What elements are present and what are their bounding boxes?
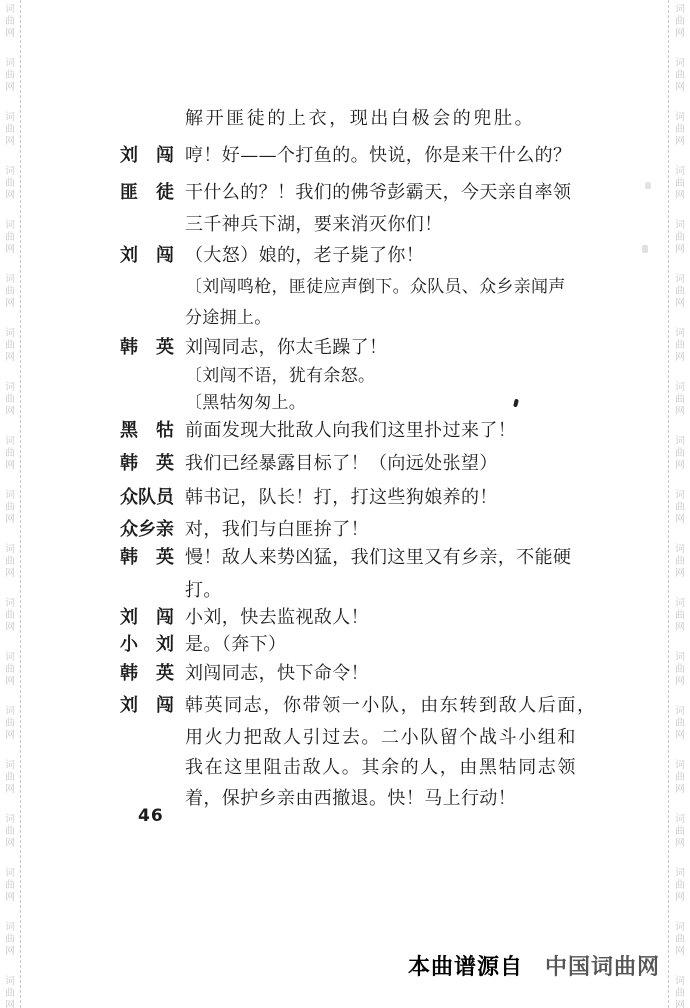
dialogue-text: 用火力把敌人引过去。二小队留个战斗小组和 [185,723,656,749]
script-line: 分途拥上。 [120,303,656,328]
speaker-name: 黑 牯 [120,416,182,442]
watermark-group: 词曲网 [2,166,18,202]
watermark-group: 词曲网 [672,328,688,364]
script-line: 黑 牯 前面发现大批敌人向我们这里扑过来了！ [120,416,656,442]
speaker-name: 匪 徒 [120,178,182,204]
speaker-name: 小 刘 [120,630,182,656]
dialogue-text: 打。 [185,576,656,602]
watermark-group: 词曲网 [672,166,688,202]
watermark-group: 词曲网 [672,598,688,634]
watermark-group: 词曲网 [672,490,688,526]
watermark-group: 词曲网 [2,382,18,418]
ink-speck [642,245,648,253]
watermark-group: 词曲网 [672,220,688,256]
stage-direction-text: 〔刘闯鸣枪，匪徒应声倒下。众队员、众乡亲闻声 [185,272,656,297]
watermark-group: 词曲网 [672,58,688,94]
watermark-group: 词曲网 [2,976,18,1008]
source-credit-brand: 中国词曲网 [545,955,660,980]
page-border-left-dashed [20,0,21,1008]
script-line: 匪 徒 干什么的？！我们的佛爷彭霸天，今天亲自率领 [120,178,656,204]
watermark-group: 词曲网 [672,4,688,40]
dialogue-text: 前面发现大批敌人向我们这里扑过来了！ [185,416,656,442]
dialogue-text: （大怒）娘的，老子毙了你！ [185,241,656,267]
dialogue-text: 干什么的？！我们的佛爷彭霸天，今天亲自率领 [185,178,656,204]
dialogue-text: 我在这里阻击敌人。其余的人，由黑牯同志领 [185,753,656,779]
dialogue-text: 韩英同志，你带领一小队，由东转到敌人后面， [185,691,656,717]
watermark-group: 词曲网 [672,760,688,796]
watermark-group: 词曲网 [2,274,18,310]
watermark-column-right: 词曲网词曲网词曲网词曲网词曲网词曲网词曲网词曲网词曲网词曲网词曲网词曲网词曲网词… [672,4,688,1008]
script-line: 刘 闯 韩英同志，你带领一小队，由东转到敌人后面， [120,691,656,717]
script-line: 〔黑牯匆匆上。 [120,388,656,413]
watermark-group: 词曲网 [2,652,18,688]
watermark-group: 词曲网 [2,436,18,472]
watermark-group: 词曲网 [672,868,688,904]
script-line: 众乡亲 对，我们与白匪拚了！ [120,515,656,541]
watermark-group: 词曲网 [2,922,18,958]
watermark-group: 词曲网 [2,814,18,850]
watermark-group: 词曲网 [2,112,18,148]
watermark-group: 词曲网 [672,976,688,1008]
speaker-name: 韩 英 [120,449,182,475]
watermark-group: 词曲网 [672,112,688,148]
source-credit: 本曲谱源自中国词曲网 [408,950,660,981]
speaker-name: 韩 英 [120,543,182,569]
dialogue-text: 我们已经暴露目标了！（向远处张望） [185,449,656,475]
stage-direction-text: 〔黑牯匆匆上。 [185,388,656,413]
speaker-name: 众队员 [120,483,182,509]
dialogue-text: 刘闯同志，快下命令！ [185,659,656,685]
watermark-group: 词曲网 [2,58,18,94]
speaker-name: 众乡亲 [120,515,182,541]
dialogue-text: 着，保护乡亲由西撤退。快！马上行动！ [185,784,656,810]
watermark-group: 词曲网 [672,382,688,418]
stage-direction-text: 分途拥上。 [185,303,656,328]
stage-direction-text: 解开匪徒的上衣，现出白极会的兜肚。 [185,104,656,130]
script-line: 韩 英 刘闯同志，你太毛躁了！ [120,333,656,359]
watermark-column-left: 词曲网词曲网词曲网词曲网词曲网词曲网词曲网词曲网词曲网词曲网词曲网词曲网词曲网词… [2,4,18,1008]
ink-speck [645,182,651,189]
watermark-group: 词曲网 [672,274,688,310]
watermark-group: 词曲网 [2,544,18,580]
script-line: 三千神兵下湖，要来消灭你们！ [120,210,656,236]
watermark-group: 词曲网 [672,706,688,742]
dialogue-text: 韩书记，队长！打，打这些狗娘养的！ [185,483,656,509]
watermark-group: 词曲网 [2,490,18,526]
dialogue-text: 刘闯同志，你太毛躁了！ [185,333,656,359]
watermark-group: 词曲网 [2,4,18,40]
watermark-group: 词曲网 [2,706,18,742]
script-line: 我在这里阻击敌人。其余的人，由黑牯同志领 [120,753,656,779]
script-line: 韩 英 刘闯同志，快下命令！ [120,659,656,685]
dialogue-text: 三千神兵下湖，要来消灭你们！ [185,210,656,236]
speaker-name: 刘 闯 [120,241,182,267]
script-line: 〔刘闯不语，犹有余怒。 [120,361,656,386]
speaker-name: 韩 英 [120,333,182,359]
watermark-group: 词曲网 [2,328,18,364]
stage-direction-text: 〔刘闯不语，犹有余怒。 [185,361,656,386]
script-line: 小 刘 是。（奔下） [120,630,656,656]
watermark-group: 词曲网 [2,760,18,796]
page-border-right-dashed [668,0,669,1008]
watermark-group: 词曲网 [672,922,688,958]
watermark-group: 词曲网 [2,598,18,634]
speaker-name: 刘 闯 [120,691,182,717]
script-line: 刘 闯 小刘，快去监视敌人！ [120,603,656,629]
script-line: 解开匪徒的上衣，现出白极会的兜肚。 [120,104,656,130]
script-line: 〔刘闯鸣枪，匪徒应声倒下。众队员、众乡亲闻声 [120,272,656,297]
script-line: 用火力把敌人引过去。二小队留个战斗小组和 [120,723,656,749]
dialogue-text: 对，我们与白匪拚了！ [185,515,656,541]
source-credit-prefix: 本曲谱源自 [408,955,523,980]
script-line: 着，保护乡亲由西撤退。快！马上行动！ [120,784,656,810]
speaker-name: 韩 英 [120,659,182,685]
watermark-group: 词曲网 [672,544,688,580]
watermark-group: 词曲网 [672,814,688,850]
page-number: 46 [138,806,164,826]
dialogue-text: 哼！好——个打鱼的。快说，你是来干什么的？ [185,141,656,167]
script-line: 韩 英 慢！敌人来势凶猛，我们这里又有乡亲，不能硬 [120,543,656,569]
speaker-name: 刘 闯 [120,141,182,167]
watermark-group: 词曲网 [2,868,18,904]
watermark-group: 词曲网 [672,652,688,688]
watermark-group: 词曲网 [672,436,688,472]
dialogue-text: 是。（奔下） [185,630,656,656]
dialogue-text: 慢！敌人来势凶猛，我们这里又有乡亲，不能硬 [185,543,656,569]
script-line: 刘 闯 哼！好——个打鱼的。快说，你是来干什么的？ [120,141,656,167]
script-line: 刘 闯 （大怒）娘的，老子毙了你！ [120,241,656,267]
dialogue-text: 小刘，快去监视敌人！ [185,603,656,629]
script-line: 韩 英 我们已经暴露目标了！（向远处张望） [120,449,656,475]
watermark-group: 词曲网 [2,220,18,256]
script-line: 打。 [120,576,656,602]
script-line: 众队员 韩书记，队长！打，打这些狗娘养的！ [120,483,656,509]
speaker-name: 刘 闯 [120,603,182,629]
